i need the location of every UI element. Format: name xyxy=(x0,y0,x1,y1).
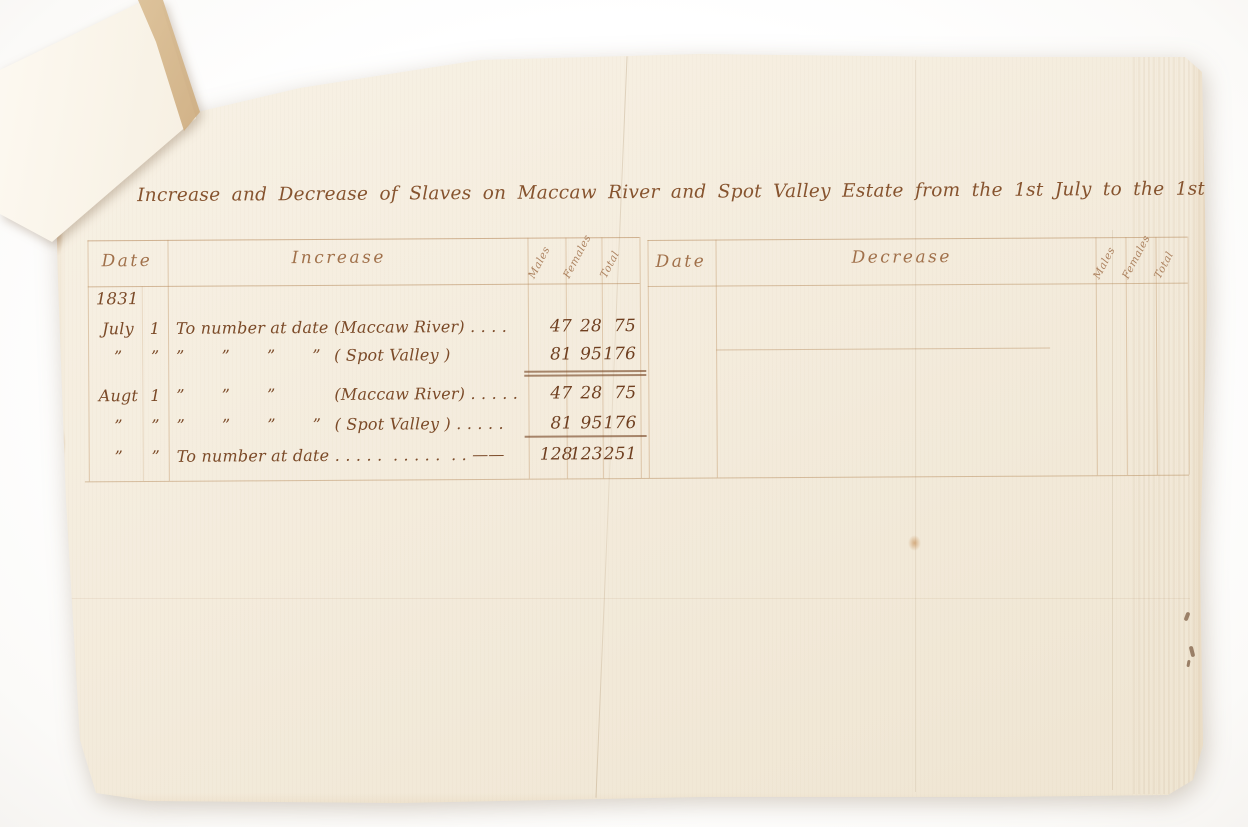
row-total: 75 xyxy=(592,383,636,403)
table-rule xyxy=(85,475,1189,483)
column-header-females: Females xyxy=(1120,233,1153,281)
row-place: (Maccaw River) . . . . xyxy=(334,317,507,337)
row-day: ” xyxy=(143,416,169,435)
row-month: Augt xyxy=(92,386,144,405)
row-day: 1 xyxy=(142,319,168,338)
column-header-decrease: Decrease xyxy=(852,247,952,268)
row-place: ( Spot Valley ) . . . . . xyxy=(335,414,504,434)
row-total: 75 xyxy=(592,316,636,336)
table-row: ” ” To number at date . . . . . . . . . … xyxy=(41,440,1226,473)
edge-wear-spot xyxy=(62,605,72,635)
column-header-date: Date xyxy=(656,252,707,272)
column-header-males: Males xyxy=(1091,245,1118,281)
row-month: ” xyxy=(93,447,145,466)
row-entry: ” ” ” ” xyxy=(177,415,322,435)
column-header-total: Total xyxy=(1152,250,1176,281)
row-entry: ” ” ” xyxy=(176,385,275,405)
table-rule xyxy=(648,283,1188,287)
table-row: Augt 1 ” ” ” (Maccaw River) . . . . . 47… xyxy=(40,379,1225,412)
row-day: ” xyxy=(142,347,168,366)
row-entry: To number at date xyxy=(176,318,329,338)
folded-corner xyxy=(0,0,340,290)
column-header-males: Males xyxy=(526,245,553,281)
row-month: July xyxy=(92,319,144,338)
row-day: 1 xyxy=(142,386,168,405)
photo-background: Increase and Decrease of Slaves on Macca… xyxy=(0,0,1248,827)
row-month: ” xyxy=(92,347,144,366)
row-total: 251 xyxy=(593,444,637,464)
year-label: 1831 xyxy=(96,289,139,308)
row-total: 176 xyxy=(593,413,637,433)
row-entry: ” ” ” ” xyxy=(176,346,321,366)
row-entry: To number at date xyxy=(177,446,330,466)
column-header-total: Total xyxy=(598,249,622,280)
table-rule xyxy=(647,237,1187,241)
row-total: 176 xyxy=(592,344,636,364)
row-place: (Maccaw River) . . . . . xyxy=(334,384,518,404)
subtotal-rule xyxy=(524,374,646,376)
row-place: . . . . . . . . . . . . —— xyxy=(335,445,505,465)
table-row: ” ” ” ” ” ” ( Spot Valley ) 81 95 176 xyxy=(40,340,1225,373)
row-place: ( Spot Valley ) xyxy=(334,345,450,365)
row-day: ” xyxy=(143,447,169,466)
row-month: ” xyxy=(93,416,145,435)
table-row: ” ” ” ” ” ” ( Spot Valley ) . . . . . 81… xyxy=(41,409,1226,442)
column-header-females: Females xyxy=(561,233,594,281)
